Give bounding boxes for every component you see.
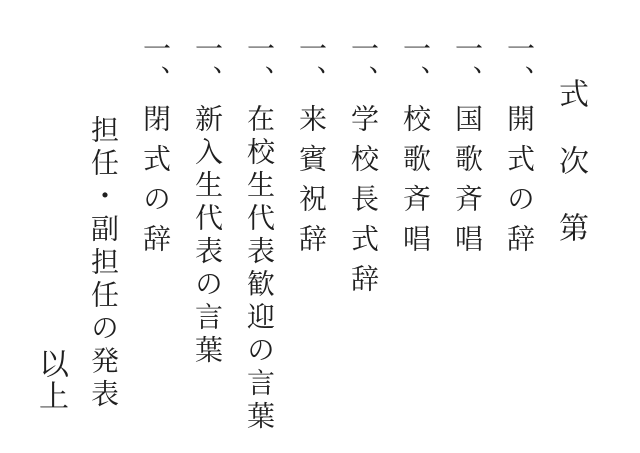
item-marker: 一、 xyxy=(243,34,274,96)
item-school-song: 一、校歌斉唱 xyxy=(399,0,429,453)
item-marker: 一、 xyxy=(139,34,170,96)
item-current-students-welcome: 一、在校生代表歓迎の言葉 xyxy=(243,0,273,453)
item-new-students-speech: 一、新入生代表の言葉 xyxy=(191,0,221,453)
item-guest-congratulations: 一、来賓祝辞 xyxy=(295,0,325,453)
item-marker: 一、 xyxy=(347,34,378,96)
item-marker: 一、 xyxy=(451,34,482,96)
item-principal-address: 一、学校長式辞 xyxy=(347,0,377,453)
item-label: 新入生代表の言葉 xyxy=(191,104,222,368)
item-marker: 一、 xyxy=(503,34,534,96)
page-title-text: 式次第 xyxy=(554,78,587,279)
item-closing-address: 一、閉式の辞 xyxy=(139,0,169,453)
item-marker: 一、 xyxy=(399,34,430,96)
item-label: 校歌斉唱 xyxy=(399,104,430,264)
item-label: 在校生代表歓迎の言葉 xyxy=(243,104,274,434)
homeroom-teacher-announcement: 担任・副担任の発表 xyxy=(87,0,117,453)
item-national-anthem: 一、国歌斉唱 xyxy=(451,0,481,453)
item-opening-address: 一、開式の辞 xyxy=(503,0,533,453)
vertical-text-columns: 式次第 一、開式の辞 一、国歌斉唱 一、校歌斉唱 一、学校長式辞 一、来賓祝辞 … xyxy=(0,0,640,453)
item-marker: 一、 xyxy=(295,34,326,96)
item-label: 国歌斉唱 xyxy=(451,104,482,264)
item-marker: 一、 xyxy=(191,34,222,96)
closing-mark: 以上 xyxy=(35,0,65,453)
item-label: 来賓祝辞 xyxy=(295,104,326,264)
item-label: 学校長式辞 xyxy=(347,104,378,304)
item-label: 閉式の辞 xyxy=(139,104,170,264)
ceremony-program-page: 式次第 一、開式の辞 一、国歌斉唱 一、校歌斉唱 一、学校長式辞 一、来賓祝辞 … xyxy=(0,0,640,453)
item-label: 開式の辞 xyxy=(503,104,534,264)
page-title: 式次第 xyxy=(555,0,585,453)
